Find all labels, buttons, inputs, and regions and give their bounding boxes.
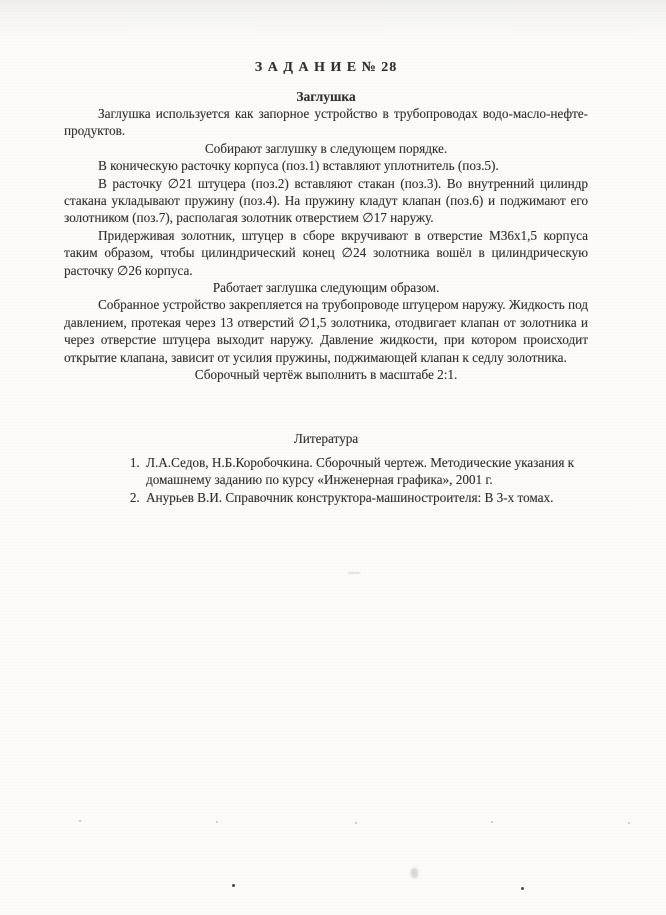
paragraph-purpose: Заглушка используется как запорное устро…: [64, 105, 588, 140]
paragraph-scale-note: Сборочный чертёж выполнить в масштабе 2:…: [64, 366, 588, 383]
literature-heading: Литература: [64, 430, 588, 447]
scan-speck: [491, 821, 493, 823]
assignment-title: З А Д А Н И Е № 28: [64, 60, 588, 76]
literature-list: Л.А.Седов, Н.Б.Коробочкина. Сборочный че…: [64, 454, 588, 507]
paragraph-step-3: Придерживая золотник, штуцер в сборе вкр…: [64, 227, 588, 279]
scan-smudge: [411, 868, 418, 878]
document-subtitle: Заглушка: [64, 89, 588, 105]
scan-edge-shading: [0, 0, 666, 44]
paragraph-step-1: В коническую расточку корпуса (поз.1) вс…: [64, 157, 588, 174]
literature-item: Л.А.Седов, Н.Б.Коробочкина. Сборочный че…: [143, 454, 588, 489]
paragraph-assembly-lead: Собирают заглушку в следующем порядке.: [64, 140, 588, 157]
scan-speck: [79, 820, 81, 822]
literature-item: Анурьев В.И. Справочник конструктора-маш…: [143, 489, 588, 507]
scan-speck-dark: [232, 884, 235, 887]
scan-speck-dark: [521, 887, 524, 890]
paragraph-operation-lead: Работает заглушка следующим образом.: [64, 279, 588, 296]
paragraph-step-2: В расточку ∅21 штуцера (поз.2) вставляют…: [64, 175, 588, 227]
scanned-document-page: З А Д А Н И Е № 28 Заглушка Заглушка исп…: [0, 0, 666, 915]
document-content: З А Д А Н И Е № 28 Заглушка Заглушка исп…: [64, 60, 588, 506]
scan-speck: [628, 822, 630, 824]
scan-speck: [216, 821, 218, 823]
paragraph-operation: Собранное устройство закрепляется на тру…: [64, 296, 588, 366]
scan-speck: [355, 822, 357, 824]
scan-mark-faint-dash: [348, 572, 360, 574]
